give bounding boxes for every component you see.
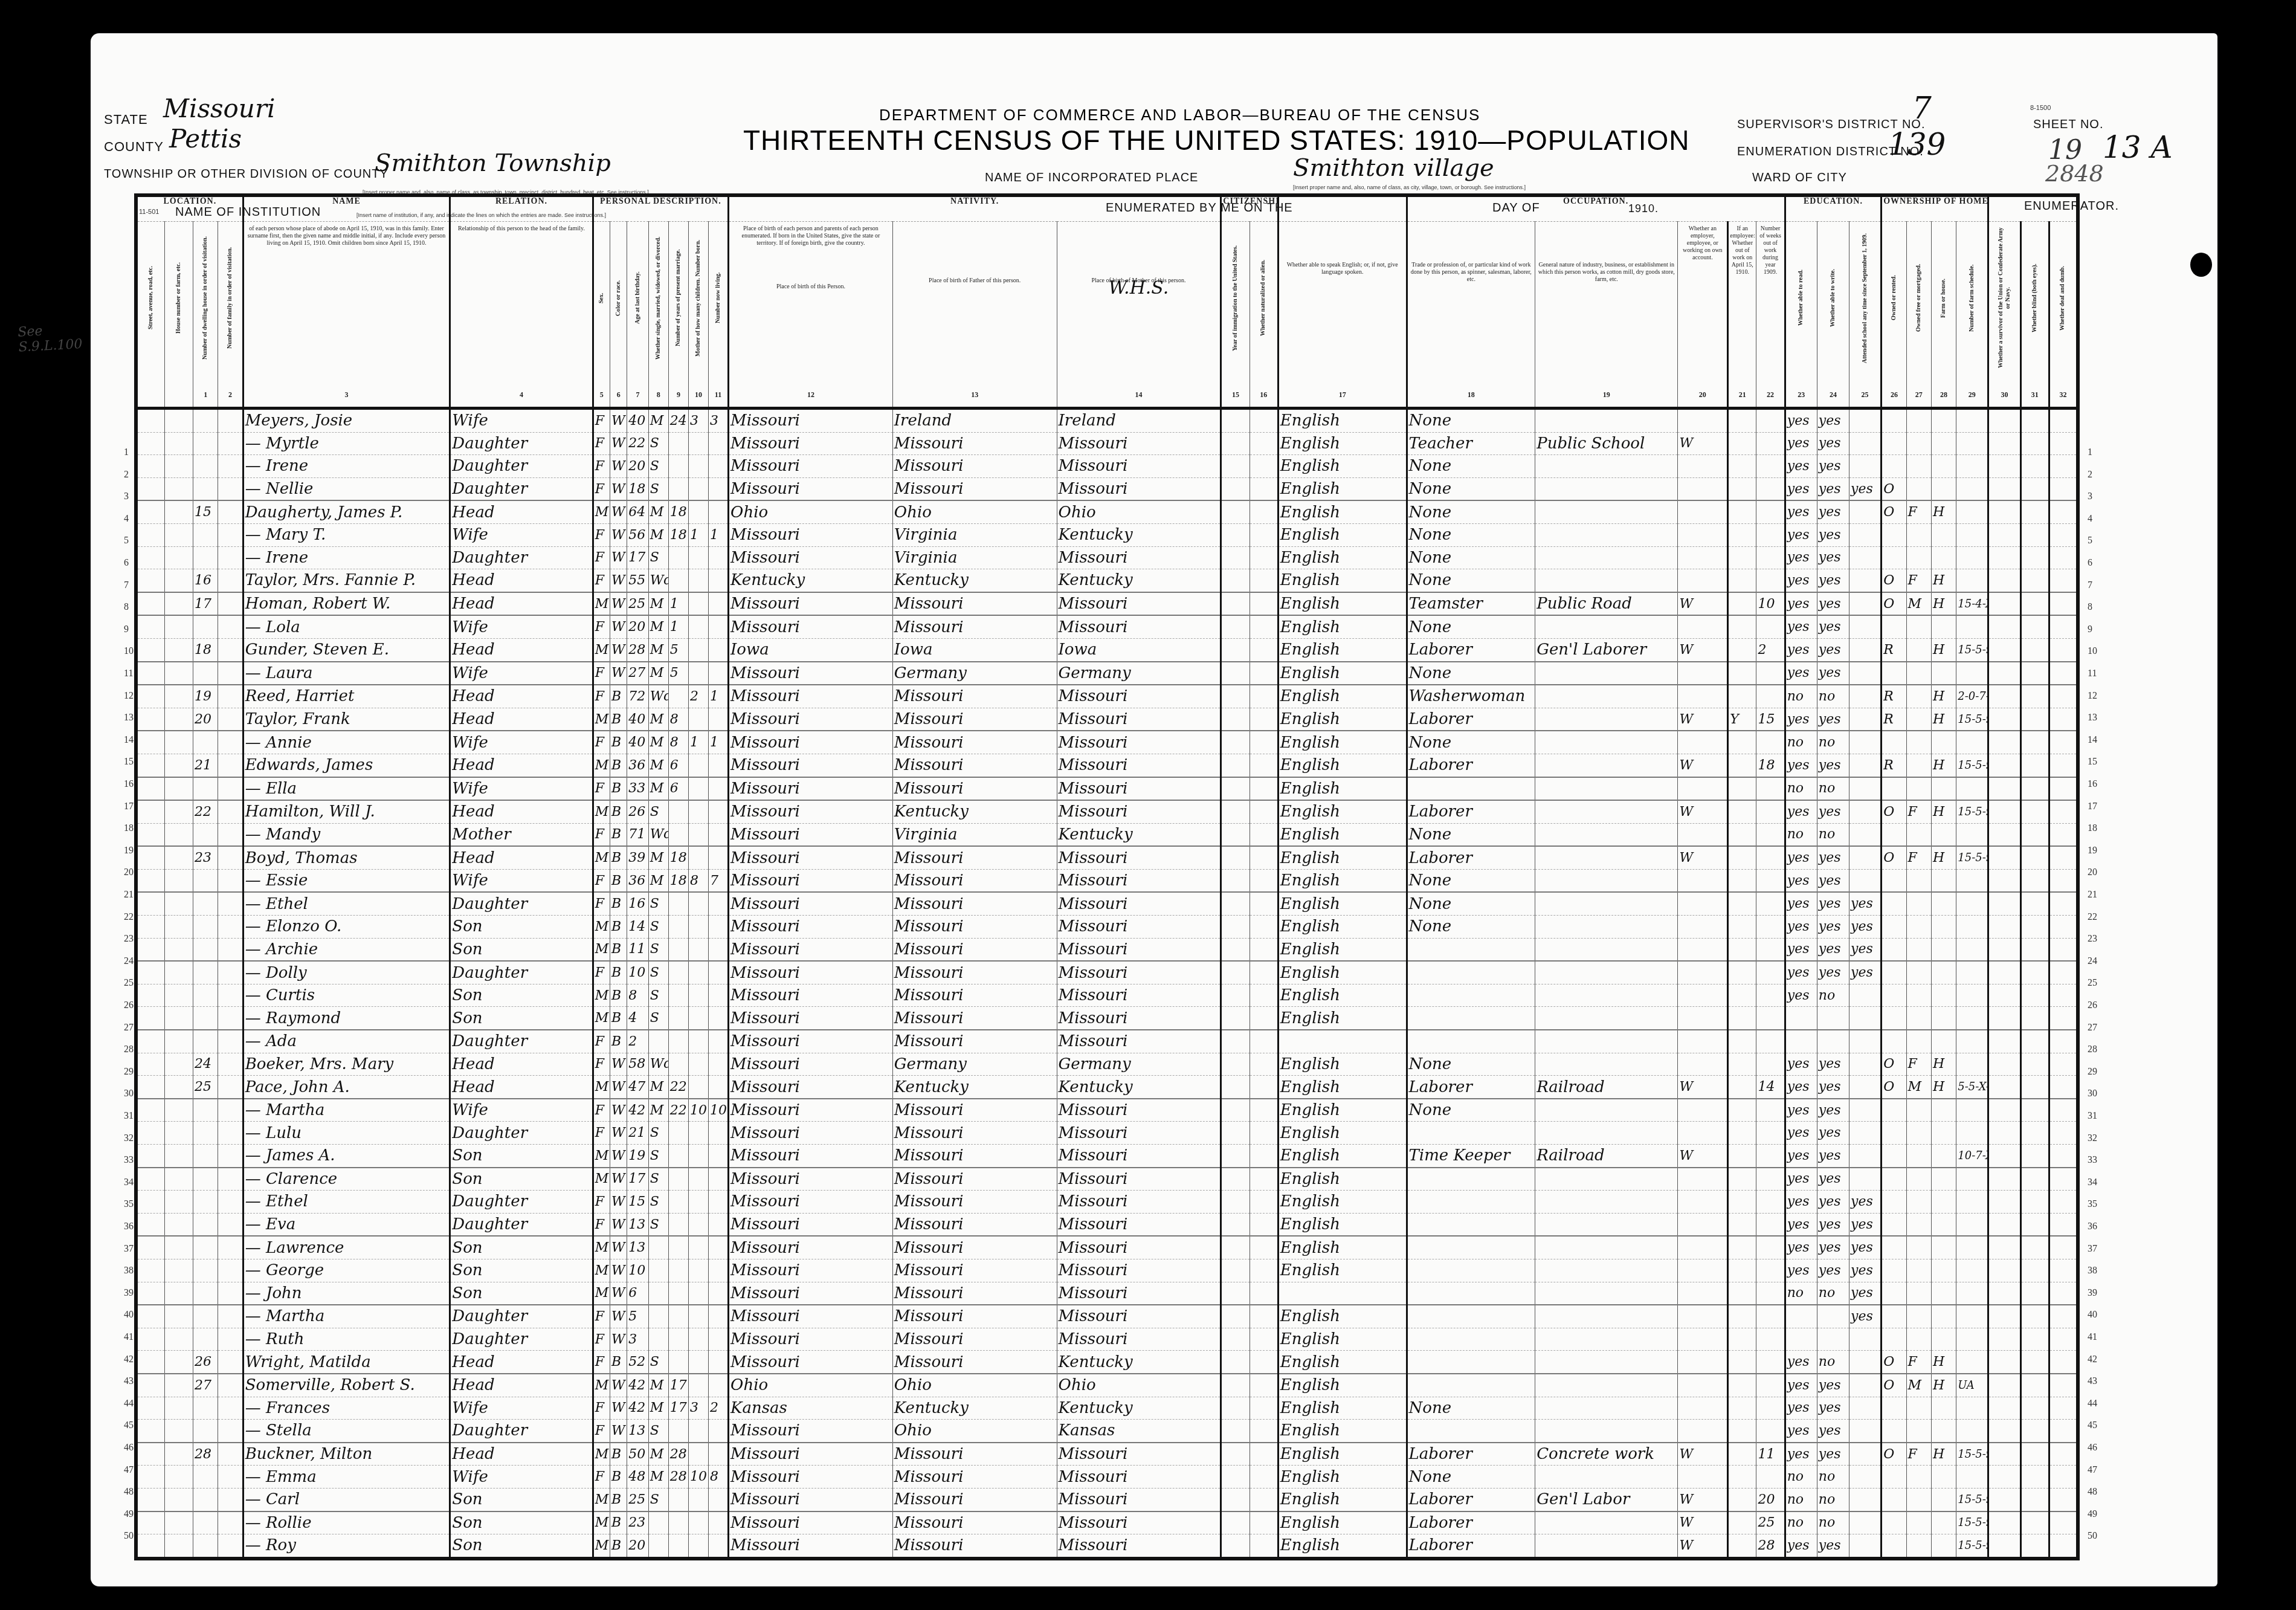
cell-veteran bbox=[1988, 615, 2020, 638]
cell-years-married: 1 bbox=[668, 615, 688, 638]
cell-naturalized bbox=[1250, 615, 1278, 638]
cell-out-of-work bbox=[1728, 846, 1756, 869]
cell-children-born: 3 bbox=[688, 409, 708, 433]
line-number: 26 bbox=[2088, 1000, 2097, 1011]
cell-naturalized bbox=[1250, 546, 1278, 569]
census-row: 20Taylor, FrankHeadMB40M8MissouriMissour… bbox=[136, 708, 2078, 731]
cell-deaf bbox=[2049, 615, 2078, 638]
cell-language: English bbox=[1278, 1007, 1407, 1030]
census-row: — IreneDaughterFW17SMissouriVirginiaMiss… bbox=[136, 546, 2078, 569]
cell-weeks-out bbox=[1756, 961, 1785, 984]
cell-employer bbox=[1678, 1122, 1728, 1145]
cell-farm-house bbox=[1931, 1282, 1956, 1305]
line-number: 25 bbox=[2088, 978, 2097, 989]
column-number: 21 bbox=[1728, 383, 1756, 409]
cell-blind bbox=[2020, 685, 2049, 708]
punch-hole bbox=[2225, 1319, 2246, 1343]
cell-sex: M bbox=[593, 592, 610, 616]
cell-street bbox=[136, 1443, 164, 1466]
cell-veteran bbox=[1988, 1534, 2020, 1559]
cell-weeks-out bbox=[1756, 846, 1785, 869]
cell-owned-rented: R bbox=[1882, 685, 1906, 708]
cell-age: 20 bbox=[627, 455, 648, 478]
cell-naturalized bbox=[1250, 1030, 1278, 1053]
cell-blind bbox=[2020, 731, 2049, 754]
cell-children-living bbox=[709, 1030, 729, 1053]
cell-age: 21 bbox=[627, 1122, 648, 1145]
cell-name: — Mandy bbox=[243, 823, 450, 846]
cell-father-birthplace: Missouri bbox=[892, 477, 1057, 500]
column-number: 12 bbox=[729, 383, 893, 409]
cell-naturalized bbox=[1250, 523, 1278, 546]
column-number: 10 bbox=[688, 383, 708, 409]
cell-name: — Eva bbox=[243, 1213, 450, 1236]
cell-write: no bbox=[1817, 1282, 1849, 1305]
cell-mother-birthplace: Missouri bbox=[1057, 1145, 1221, 1168]
cell-marital: S bbox=[648, 477, 668, 500]
cell-father-birthplace: Missouri bbox=[892, 432, 1057, 455]
cell-deaf bbox=[2049, 546, 2078, 569]
cell-write: yes bbox=[1817, 1076, 1849, 1099]
cell-race: W bbox=[610, 1305, 627, 1328]
cell-dwelling bbox=[193, 477, 218, 500]
cell-industry bbox=[1535, 1168, 1678, 1191]
cell-owned-rented: O bbox=[1882, 477, 1906, 500]
cell-deaf bbox=[2049, 892, 2078, 915]
cell-deaf bbox=[2049, 1099, 2078, 1122]
cell-write: yes bbox=[1817, 432, 1849, 455]
cell-children-born bbox=[688, 1259, 708, 1282]
cell-house bbox=[164, 1145, 193, 1168]
cell-owned-rented: O bbox=[1882, 1076, 1906, 1099]
cell-naturalized bbox=[1250, 1328, 1278, 1351]
cell-free-mortgaged bbox=[1906, 708, 1931, 731]
cell-veteran bbox=[1988, 938, 2020, 961]
cell-house bbox=[164, 1351, 193, 1374]
cell-employer bbox=[1678, 615, 1728, 638]
cell-immigration bbox=[1221, 1236, 1250, 1259]
cell-naturalized bbox=[1250, 500, 1278, 523]
census-row: — LauraWifeFW27M5MissouriGermanyGermanyE… bbox=[136, 662, 2078, 685]
cell-children-born bbox=[688, 569, 708, 592]
cell-street bbox=[136, 1466, 164, 1489]
cell-school bbox=[1849, 1328, 1882, 1351]
cell-age: 13 bbox=[627, 1236, 648, 1259]
cell-industry bbox=[1535, 1534, 1678, 1559]
cell-farm-house bbox=[1931, 869, 1956, 892]
line-number: 21 bbox=[124, 890, 134, 900]
cell-birthplace: Missouri bbox=[729, 1076, 893, 1099]
cell-age: 8 bbox=[627, 984, 648, 1007]
cell-age: 48 bbox=[627, 1466, 648, 1489]
group-occupation: OCCUPATION. bbox=[1407, 195, 1785, 222]
cell-mother-birthplace: Missouri bbox=[1057, 708, 1221, 731]
cell-father-birthplace: Missouri bbox=[892, 592, 1057, 616]
cell-occupation bbox=[1407, 1282, 1535, 1305]
cell-naturalized bbox=[1250, 1053, 1278, 1076]
census-row: 15Daugherty, James P.HeadMW64M18OhioOhio… bbox=[136, 500, 2078, 523]
cell-dwelling bbox=[193, 455, 218, 478]
cell-house bbox=[164, 777, 193, 801]
cell-relation: Daughter bbox=[450, 1122, 593, 1145]
cell-children-living bbox=[709, 662, 729, 685]
cell-blind bbox=[2020, 1328, 2049, 1351]
cell-employer: W bbox=[1678, 1145, 1728, 1168]
cell-occupation: None bbox=[1407, 477, 1535, 500]
line-number: 50 bbox=[2088, 1531, 2097, 1542]
cell-birthplace: Missouri bbox=[729, 916, 893, 939]
cell-birthplace: Missouri bbox=[729, 1282, 893, 1305]
cell-immigration bbox=[1221, 823, 1250, 846]
cell-birthplace: Missouri bbox=[729, 800, 893, 823]
cell-read: yes bbox=[1785, 938, 1817, 961]
cell-school: yes bbox=[1849, 477, 1882, 500]
cell-children-living bbox=[709, 1076, 729, 1099]
cell-free-mortgaged: F bbox=[1906, 569, 1931, 592]
cell-naturalized bbox=[1250, 1282, 1278, 1305]
line-number: 38 bbox=[2088, 1266, 2097, 1276]
cell-family bbox=[218, 800, 243, 823]
line-number: 12 bbox=[124, 691, 134, 702]
cell-farm-house bbox=[1931, 1145, 1956, 1168]
cell-marital: M bbox=[648, 500, 668, 523]
line-number: 48 bbox=[2088, 1487, 2097, 1498]
cell-sex: F bbox=[593, 1466, 610, 1489]
cell-naturalized bbox=[1250, 409, 1278, 433]
cell-veteran bbox=[1988, 800, 2020, 823]
cell-occupation bbox=[1407, 1007, 1535, 1030]
cell-naturalized bbox=[1250, 731, 1278, 754]
cell-house bbox=[164, 592, 193, 616]
line-number: 22 bbox=[124, 912, 134, 923]
cell-naturalized bbox=[1250, 823, 1278, 846]
cell-industry bbox=[1535, 569, 1678, 592]
cell-house bbox=[164, 1053, 193, 1076]
cell-weeks-out bbox=[1756, 455, 1785, 478]
cell-out-of-work bbox=[1728, 638, 1756, 661]
cell-out-of-work bbox=[1728, 800, 1756, 823]
line-number: 35 bbox=[124, 1199, 134, 1210]
cell-street bbox=[136, 1420, 164, 1443]
cell-marital: M bbox=[648, 1466, 668, 1489]
line-number: 35 bbox=[2088, 1199, 2097, 1210]
cell-write: yes bbox=[1817, 500, 1849, 523]
cell-farm-schedule bbox=[1956, 1466, 1988, 1489]
cell-write: no bbox=[1817, 984, 1849, 1007]
cell-father-birthplace: Ohio bbox=[892, 1420, 1057, 1443]
cell-veteran bbox=[1988, 1213, 2020, 1236]
cell-blind bbox=[2020, 869, 2049, 892]
cell-free-mortgaged bbox=[1906, 1191, 1931, 1214]
cell-weeks-out bbox=[1756, 546, 1785, 569]
cell-read: yes bbox=[1785, 1168, 1817, 1191]
cell-weeks-out: 2 bbox=[1756, 638, 1785, 661]
cell-industry: Gen'l Labor bbox=[1535, 1488, 1678, 1511]
cell-write: yes bbox=[1817, 1397, 1849, 1420]
cell-naturalized bbox=[1250, 1007, 1278, 1030]
cell-deaf bbox=[2049, 938, 2078, 961]
cell-free-mortgaged bbox=[1906, 638, 1931, 661]
cell-children-born bbox=[688, 984, 708, 1007]
cell-age: 10 bbox=[627, 961, 648, 984]
cell-industry bbox=[1535, 823, 1678, 846]
census-row: — EllaWifeFB33M6MissouriMissouriMissouri… bbox=[136, 777, 2078, 801]
census-row: — EvaDaughterFW13SMissouriMissouriMissou… bbox=[136, 1213, 2078, 1236]
cell-school bbox=[1849, 409, 1882, 433]
cell-deaf bbox=[2049, 1328, 2078, 1351]
cell-children-living bbox=[709, 1534, 729, 1559]
cell-birthplace: Missouri bbox=[729, 1466, 893, 1489]
cell-dwelling bbox=[193, 523, 218, 546]
cell-relation: Daughter bbox=[450, 1191, 593, 1214]
cell-dwelling: 21 bbox=[193, 754, 218, 777]
cell-write bbox=[1817, 1328, 1849, 1351]
line-number: 37 bbox=[2088, 1244, 2097, 1255]
cell-out-of-work bbox=[1728, 1213, 1756, 1236]
cell-relation: Daughter bbox=[450, 455, 593, 478]
cell-mother-birthplace: Missouri bbox=[1057, 869, 1221, 892]
cell-dwelling bbox=[193, 1007, 218, 1030]
cell-children-born bbox=[688, 823, 708, 846]
cell-immigration bbox=[1221, 1099, 1250, 1122]
line-number: 15 bbox=[124, 757, 134, 768]
cell-sex: F bbox=[593, 685, 610, 708]
cell-language: English bbox=[1278, 916, 1407, 939]
cell-veteran bbox=[1988, 500, 2020, 523]
cell-father-birthplace: Missouri bbox=[892, 708, 1057, 731]
cell-farm-house bbox=[1931, 1397, 1956, 1420]
cell-out-of-work bbox=[1728, 685, 1756, 708]
cell-house bbox=[164, 823, 193, 846]
cell-blind bbox=[2020, 1488, 2049, 1511]
census-body: Meyers, JosieWifeFW40M2433MissouriIrelan… bbox=[136, 409, 2078, 1559]
cell-race: W bbox=[610, 615, 627, 638]
cell-free-mortgaged bbox=[1906, 1168, 1931, 1191]
cell-house bbox=[164, 1168, 193, 1191]
cell-house bbox=[164, 1007, 193, 1030]
sheet-no: 13 A bbox=[2103, 130, 2173, 165]
cell-mother-birthplace: Missouri bbox=[1057, 1443, 1221, 1466]
cell-family bbox=[218, 916, 243, 939]
cell-children-born bbox=[688, 1145, 708, 1168]
cell-name: — Curtis bbox=[243, 984, 450, 1007]
cell-race: B bbox=[610, 777, 627, 801]
cell-mother-birthplace: Kentucky bbox=[1057, 569, 1221, 592]
cell-name: — Emma bbox=[243, 1466, 450, 1489]
cell-school bbox=[1849, 500, 1882, 523]
cell-marital: M bbox=[648, 409, 668, 433]
cell-blind bbox=[2020, 892, 2049, 915]
cell-language: English bbox=[1278, 1236, 1407, 1259]
cell-naturalized bbox=[1250, 662, 1278, 685]
cell-weeks-out bbox=[1756, 1328, 1785, 1351]
line-number: 31 bbox=[124, 1111, 134, 1122]
census-row: — FrancesWifeFW42M1732KansasKentuckyKent… bbox=[136, 1397, 2078, 1420]
census-row: — MandyMotherFB71WdMissouriVirginiaKentu… bbox=[136, 823, 2078, 846]
cell-years-married bbox=[668, 546, 688, 569]
cell-birthplace: Missouri bbox=[729, 1099, 893, 1122]
cell-out-of-work bbox=[1728, 1191, 1756, 1214]
cell-father-birthplace: Missouri bbox=[892, 754, 1057, 777]
cell-read: yes bbox=[1785, 869, 1817, 892]
cell-immigration bbox=[1221, 1053, 1250, 1076]
cell-race: W bbox=[610, 1236, 627, 1259]
cell-birthplace: Missouri bbox=[729, 1053, 893, 1076]
cell-read: no bbox=[1785, 685, 1817, 708]
cell-race: W bbox=[610, 500, 627, 523]
cell-out-of-work bbox=[1728, 1420, 1756, 1443]
cell-children-born bbox=[688, 961, 708, 984]
cell-language bbox=[1278, 1030, 1407, 1053]
cell-children-living bbox=[709, 1145, 729, 1168]
cell-employer: W bbox=[1678, 800, 1728, 823]
cell-read bbox=[1785, 1007, 1817, 1030]
cell-farm-house: H bbox=[1931, 1351, 1956, 1374]
cell-out-of-work bbox=[1728, 1007, 1756, 1030]
cell-farm-house bbox=[1931, 1236, 1956, 1259]
cell-read: yes bbox=[1785, 1236, 1817, 1259]
cell-race: W bbox=[610, 1374, 627, 1397]
census-row: — EthelDaughterFB16SMissouriMissouriMiss… bbox=[136, 892, 2078, 915]
cell-years-married bbox=[668, 800, 688, 823]
line-number: 44 bbox=[124, 1398, 134, 1409]
cell-employer bbox=[1678, 1236, 1728, 1259]
cell-farm-schedule bbox=[1956, 869, 1988, 892]
cell-dwelling bbox=[193, 984, 218, 1007]
cell-father-birthplace: Kentucky bbox=[892, 1076, 1057, 1099]
line-number: 2 bbox=[2088, 470, 2092, 480]
cell-race: W bbox=[610, 455, 627, 478]
cell-sex: M bbox=[593, 1374, 610, 1397]
cell-employer bbox=[1678, 1282, 1728, 1305]
cell-children-born: 2 bbox=[688, 685, 708, 708]
cell-mother-birthplace: Missouri bbox=[1057, 1168, 1221, 1191]
cell-race: B bbox=[610, 869, 627, 892]
cell-veteran bbox=[1988, 823, 2020, 846]
hdr-children-living: Number now living. bbox=[709, 222, 729, 383]
census-row: — Elonzo O.SonMB14SMissouriMissouriMisso… bbox=[136, 916, 2078, 939]
cell-veteran bbox=[1988, 1099, 2020, 1122]
cell-deaf bbox=[2049, 1488, 2078, 1511]
cell-write: yes bbox=[1817, 754, 1849, 777]
cell-blind bbox=[2020, 1145, 2049, 1168]
cell-relation: Son bbox=[450, 1511, 593, 1534]
cell-name: — John bbox=[243, 1282, 450, 1305]
cell-weeks-out: 25 bbox=[1756, 1511, 1785, 1534]
cell-marital: S bbox=[648, 800, 668, 823]
cell-naturalized bbox=[1250, 708, 1278, 731]
cell-deaf bbox=[2049, 846, 2078, 869]
cell-house bbox=[164, 1443, 193, 1466]
cell-name: — Lawrence bbox=[243, 1236, 450, 1259]
cell-read: no bbox=[1785, 1282, 1817, 1305]
cell-owned-rented bbox=[1882, 1168, 1906, 1191]
cell-mother-birthplace: Ohio bbox=[1057, 500, 1221, 523]
cell-industry bbox=[1535, 1328, 1678, 1351]
cell-school bbox=[1849, 592, 1882, 616]
cell-sex: F bbox=[593, 823, 610, 846]
cell-out-of-work bbox=[1728, 546, 1756, 569]
cell-sex: M bbox=[593, 1007, 610, 1030]
column-number: 11 bbox=[709, 383, 729, 409]
cell-father-birthplace: Missouri bbox=[892, 777, 1057, 801]
cell-deaf bbox=[2049, 592, 2078, 616]
cell-owned-rented: O bbox=[1882, 1374, 1906, 1397]
cell-veteran bbox=[1988, 1122, 2020, 1145]
cell-occupation bbox=[1407, 984, 1535, 1007]
cell-farm-schedule: 15-5-9-8 bbox=[1956, 1488, 1988, 1511]
cell-out-of-work bbox=[1728, 916, 1756, 939]
cell-free-mortgaged bbox=[1906, 1099, 1931, 1122]
cell-dwelling bbox=[193, 1191, 218, 1214]
cell-language: English bbox=[1278, 592, 1407, 616]
cell-birthplace: Missouri bbox=[729, 1488, 893, 1511]
cell-free-mortgaged bbox=[1906, 1305, 1931, 1328]
cell-deaf bbox=[2049, 777, 2078, 801]
cell-free-mortgaged bbox=[1906, 1397, 1931, 1420]
cell-marital: M bbox=[648, 638, 668, 661]
cell-birthplace: Missouri bbox=[729, 1007, 893, 1030]
cell-birthplace: Missouri bbox=[729, 1191, 893, 1214]
cell-school bbox=[1849, 869, 1882, 892]
cell-race: W bbox=[610, 1076, 627, 1099]
cell-children-born bbox=[688, 800, 708, 823]
cell-race: W bbox=[610, 1145, 627, 1168]
cell-veteran bbox=[1988, 1511, 2020, 1534]
incorporated-place-label: Name of incorporated place bbox=[985, 171, 1198, 185]
cell-years-married bbox=[668, 1328, 688, 1351]
cell-deaf bbox=[2049, 1213, 2078, 1236]
cell-owned-rented bbox=[1882, 938, 1906, 961]
cell-birthplace: Missouri bbox=[729, 754, 893, 777]
cell-language: English bbox=[1278, 1328, 1407, 1351]
cell-blind bbox=[2020, 592, 2049, 616]
cell-read: yes bbox=[1785, 846, 1817, 869]
cell-relation: Mother bbox=[450, 823, 593, 846]
cell-farm-schedule bbox=[1956, 546, 1988, 569]
census-row: 19Reed, HarrietHeadFB72Wd21MissouriMisso… bbox=[136, 685, 2078, 708]
cell-weeks-out bbox=[1756, 1374, 1785, 1397]
cell-immigration bbox=[1221, 1030, 1250, 1053]
cell-race: W bbox=[610, 477, 627, 500]
cell-out-of-work bbox=[1728, 523, 1756, 546]
line-number: 19 bbox=[124, 845, 134, 856]
cell-industry bbox=[1535, 1351, 1678, 1374]
cell-marital: M bbox=[648, 662, 668, 685]
township-value: Smithton Township bbox=[375, 149, 611, 177]
margin-note: See S.9.L.100 bbox=[18, 322, 79, 355]
cell-out-of-work bbox=[1728, 1305, 1756, 1328]
cell-birthplace: Missouri bbox=[729, 546, 893, 569]
cell-mother-birthplace: Missouri bbox=[1057, 1511, 1221, 1534]
cell-sex: M bbox=[593, 708, 610, 731]
census-row: — MyrtleDaughterFW22SMissouriMissouriMis… bbox=[136, 432, 2078, 455]
cell-employer: W bbox=[1678, 846, 1728, 869]
cell-marital: S bbox=[648, 1420, 668, 1443]
cell-marital: Wd bbox=[648, 1053, 668, 1076]
cell-birthplace: Missouri bbox=[729, 1511, 893, 1534]
cell-family bbox=[218, 455, 243, 478]
cell-family bbox=[218, 961, 243, 984]
cell-name: — Ethel bbox=[243, 1191, 450, 1214]
line-number: 19 bbox=[2088, 845, 2097, 856]
cell-farm-house bbox=[1931, 938, 1956, 961]
line-number: 16 bbox=[2088, 779, 2097, 790]
cell-weeks-out: 20 bbox=[1756, 1488, 1785, 1511]
cell-occupation: None bbox=[1407, 1099, 1535, 1122]
cell-veteran bbox=[1988, 569, 2020, 592]
cell-farm-schedule bbox=[1956, 1236, 1988, 1259]
